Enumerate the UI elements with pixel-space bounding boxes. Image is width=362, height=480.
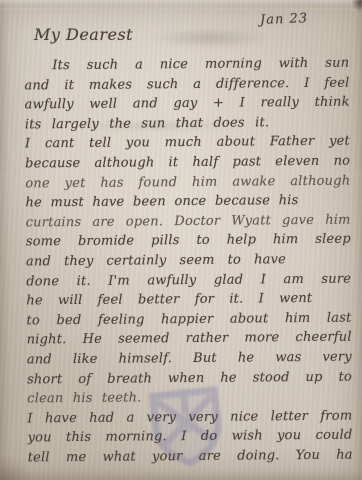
letter-line: curtains are open. Doctor Wyatt gave him bbox=[26, 210, 351, 232]
letter-line: some bromide pills to help him sleep bbox=[26, 230, 351, 252]
letter-line: and they certainly seem to have bbox=[26, 250, 286, 272]
letter-line: and like himself. But he was very bbox=[27, 347, 352, 369]
corner-shadow bbox=[0, 454, 34, 480]
corner-smudge bbox=[352, 0, 362, 12]
letter-line: night. He seemed rather more cheerful bbox=[27, 328, 352, 350]
letter-page: Jan 23 My Dearest Its such a nice mornin… bbox=[0, 0, 362, 480]
letter-salutation: My Dearest bbox=[34, 25, 133, 44]
letter-line: awfully well and gay + I really think bbox=[25, 93, 350, 115]
letter-line: tell me what your are doing. You ha bbox=[28, 445, 353, 467]
letter-line: he will feel better for it. I went bbox=[26, 289, 312, 311]
letter-line: clean his teeth. bbox=[27, 388, 177, 409]
letter-line: its largely the sun that does it. bbox=[25, 113, 246, 135]
letter-line: Its such a nice morning with sun bbox=[24, 54, 349, 76]
ink-bleed-smudge bbox=[150, 28, 270, 48]
letter-date: Jan 23 bbox=[260, 11, 309, 28]
letter-line: one yet has found him awake although bbox=[25, 171, 350, 193]
letter-line: he must have been once because his bbox=[25, 191, 298, 213]
letter-line: short of breath when he stood up to bbox=[27, 367, 352, 389]
letter-body: Its such a nice morning with sun and it … bbox=[24, 54, 353, 468]
letter-line: you this morning. I do wish you could bbox=[27, 426, 352, 448]
